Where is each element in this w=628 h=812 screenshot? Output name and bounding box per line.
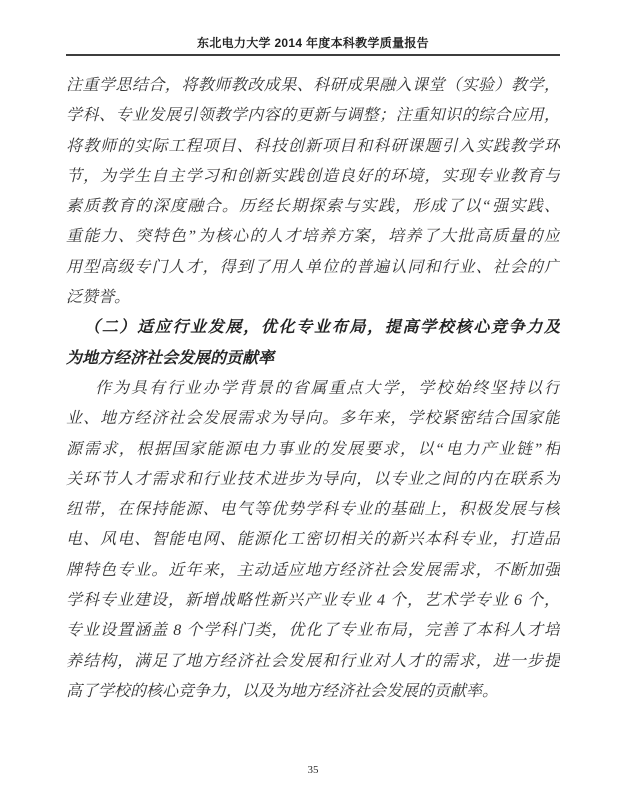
document-body: 注重学思结合，将教师教改成果、科研成果融入课堂（实验）教学， 学科、专业发展引领…: [66, 56, 560, 707]
header-title: 东北电力大学 2014 年度本科教学质量报告: [66, 35, 560, 51]
paragraph2-line: 关环节人才需求和行业技术进步为导向，以专业之间的内在联系为: [66, 465, 560, 495]
paragraph1-line: 用型高级专门人才，得到了用人单位的普遍认同和行业、社会的广: [66, 253, 560, 283]
document-page: 东北电力大学 2014 年度本科教学质量报告 注重学思结合，将教师教改成果、科研…: [0, 0, 628, 812]
page-header: 东北电力大学 2014 年度本科教学质量报告: [66, 0, 560, 56]
paragraph1-line: 注重学思结合，将教师教改成果、科研成果融入课堂（实验）教学，: [66, 71, 560, 101]
paragraph2-line: 业、地方经济社会发展需求为导向。多年来，学校紧密结合国家能: [66, 404, 560, 434]
paragraph1-line: 重能力、突特色”为核心的人才培养方案，培养了大批高质量的应: [66, 222, 560, 252]
paragraph2-line: 源需求，根据国家能源电力事业的发展要求，以“电力产业链”相: [66, 435, 560, 465]
paragraph1-line: 节，为学生自主学习和创新实践创造良好的环境，实现专业教育与: [66, 162, 560, 192]
paragraph2-line: 电、风电、智能电网、能源化工密切相关的新兴本科专业，打造品: [66, 525, 560, 555]
paragraph1-line: 学科、专业发展引领教学内容的更新与调整；注重知识的综合应用，: [66, 101, 560, 131]
paragraph2-line: 高了学校的核心竞争力，以及为地方经济社会发展的贡献率。: [66, 677, 560, 707]
paragraph2-line: 纽带，在保持能源、电气等优势学科专业的基础上，积极发展与核: [66, 495, 560, 525]
content-block: 东北电力大学 2014 年度本科教学质量报告 注重学思结合，将教师教改成果、科研…: [66, 0, 560, 707]
page-footer: 35: [66, 760, 560, 778]
section-heading-line: （二）适应行业发展，优化专业布局，提高学校核心竞争力及: [66, 313, 560, 343]
paragraph1-line: 素质教育的深度融合。历经长期探索与实践，形成了以“强实践、: [66, 192, 560, 222]
paragraph1-line: 泛赞誉。: [66, 283, 560, 313]
paragraph2-line: 专业设置涵盖 8 个学科门类，优化了专业布局，完善了本科人才培: [66, 616, 560, 646]
section-heading-line: 为地方经济社会发展的贡献率: [66, 344, 560, 374]
paragraph2-line: 学科专业建设，新增战略性新兴产业专业 4 个，艺术学专业 6 个，: [66, 586, 560, 616]
paragraph2-line: 养结构，满足了地方经济社会发展和行业对人才的需求，进一步提: [66, 647, 560, 677]
paragraph2-line: 作为具有行业办学背景的省属重点大学，学校始终坚持以行: [66, 374, 560, 404]
paragraph1-line: 将教师的实际工程项目、科技创新项目和科研课题引入实践教学环: [66, 132, 560, 162]
page-number: 35: [308, 764, 319, 776]
paragraph2-line: 牌特色专业。近年来，主动适应地方经济社会发展需求，不断加强: [66, 556, 560, 586]
